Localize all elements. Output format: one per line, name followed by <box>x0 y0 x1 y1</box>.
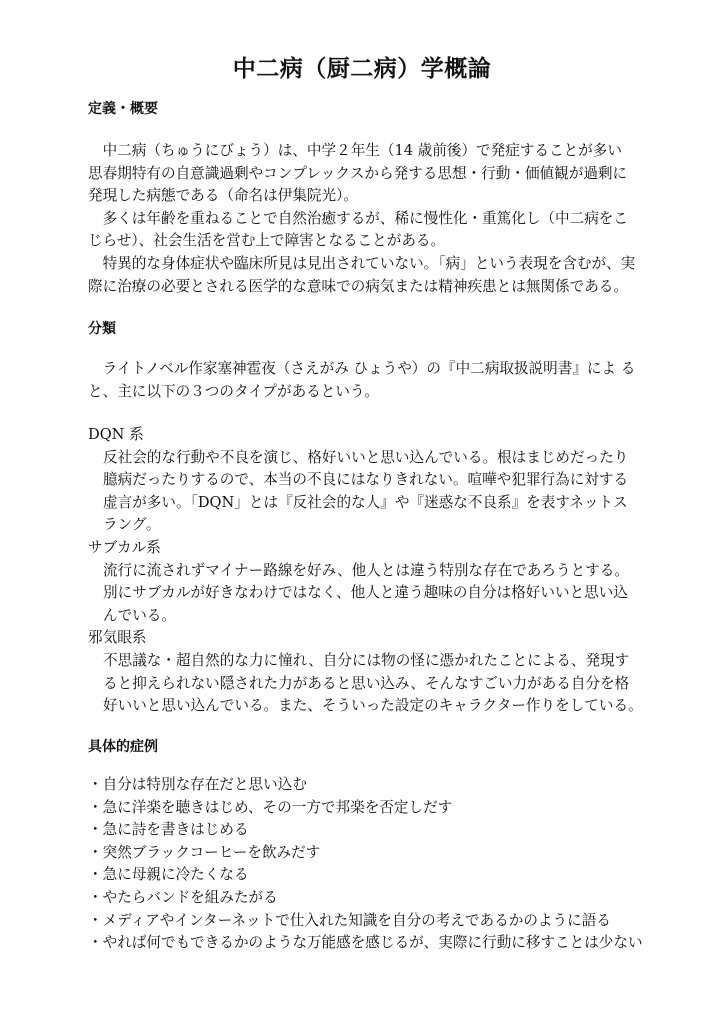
list-item: ・急に洋楽を聴きはじめ、その一方で邦楽を否定しだす <box>88 797 640 820</box>
classification-intro: ライトノベル作家塞神雹夜（さえがみ ひょうや）の『中二病取扱説明書』によ る と… <box>88 358 640 403</box>
definition-paragraphs: 中二病（ちゅうにびょう）は、中学２年生（14 歳前後）で発症することが多い 思春… <box>88 140 640 298</box>
type-term-dqn: DQN 系 <box>88 424 640 447</box>
text-line: と、主に以下の３つのタイプがあるという。 <box>88 381 640 404</box>
text-line: んでいる。 <box>88 605 640 628</box>
list-item: ・急に母親に冷たくなる <box>88 864 640 887</box>
list-item: ・メディアやインターネットで仕入れた知識を自分の考えであるかのように語る <box>88 910 640 933</box>
symptom-list: ・自分は特別な存在だと思い込む ・急に洋楽を聴きはじめ、その一方で邦楽を否定しだ… <box>88 774 640 955</box>
text-line: 不思議な・超自然的な力に憧れ、自分には物の怪に憑かれたことによる、発現す <box>88 650 640 673</box>
text-line: ライトノベル作家塞神雹夜（さえがみ ひょうや）の『中二病取扱説明書』によ る <box>88 358 640 381</box>
list-item: ・自分は特別な存在だと思い込む <box>88 774 640 797</box>
text-line: 虚言が多い。「DQN」とは『反社会的な人』や『迷惑な不良系』を表すネットス <box>88 492 640 515</box>
text-line: 多くは年齢を重ねることで自然治癒するが、稀に慢性化・重篤化し（中二病をこ <box>88 208 640 231</box>
text-line: ると抑えられない隠された力があると思い込み、そんなすごい力がある自分を格 <box>88 673 640 696</box>
section-heading-symptoms: 具体的症例 <box>88 736 158 756</box>
type-term-jakigan: 邪気眼系 <box>88 627 640 650</box>
section-heading-classification: 分類 <box>88 318 116 338</box>
document-title: 中二病（厨二病）学概論 <box>0 50 724 83</box>
text-line: 好いいと思い込んでいる。また、そういった設定のキャラクター作りをしている。 <box>88 695 640 718</box>
text-line: 別にサブカルが好きなわけではなく、他人と違う趣味の自分は格好いいと思い込 <box>88 582 640 605</box>
text-line: ラング。 <box>88 514 640 537</box>
text-line: 中二病（ちゅうにびょう）は、中学２年生（14 歳前後）で発症することが多い <box>88 140 640 163</box>
text-line: 特異的な身体症状や臨床所見は見出されていない。「病」という表現を含むが、実 <box>88 253 640 276</box>
text-line: 際に治療の必要とされる医学的な意味での病気または精神疾患とは無関係である。 <box>88 276 640 299</box>
text-line: 反社会的な行動や不良を演じ、格好いいと思い込んでいる。根はまじめだったり <box>88 447 640 470</box>
section-heading-definition: 定義・概要 <box>88 98 158 118</box>
classification-types: DQN 系 反社会的な行動や不良を演じ、格好いいと思い込んでいる。根はまじめだっ… <box>88 424 640 718</box>
text-line: 思春期特有の自意識過剰やコンプレックスから発する思想・行動・価値観が過剰に <box>88 163 640 186</box>
text-line: 臆病だったりするので、本当の不良にはなりきれない。喧嘩や犯罪行為に対する <box>88 469 640 492</box>
document-page: 中二病（厨二病）学概論 定義・概要 中二病（ちゅうにびょう）は、中学２年生（14… <box>0 0 724 1024</box>
text-line: 発現した病態である（命名は伊集院光）。 <box>88 185 640 208</box>
list-item: ・やたらバンドを組みたがる <box>88 887 640 910</box>
list-item: ・急に詩を書きはじめる <box>88 819 640 842</box>
list-item: ・突然ブラックコーヒーを飲みだす <box>88 842 640 865</box>
type-term-subculture: サブカル系 <box>88 537 640 560</box>
text-line: じらせ）、社会生活を営む上で障害となることがある。 <box>88 230 640 253</box>
list-item: ・やれば何でもできるかのような万能感を感じるが、実際に行動に移すことは少ない <box>88 932 640 955</box>
text-line: 流行に流されずマイナー路線を好み、他人とは違う特別な存在であろうとする。 <box>88 560 640 583</box>
